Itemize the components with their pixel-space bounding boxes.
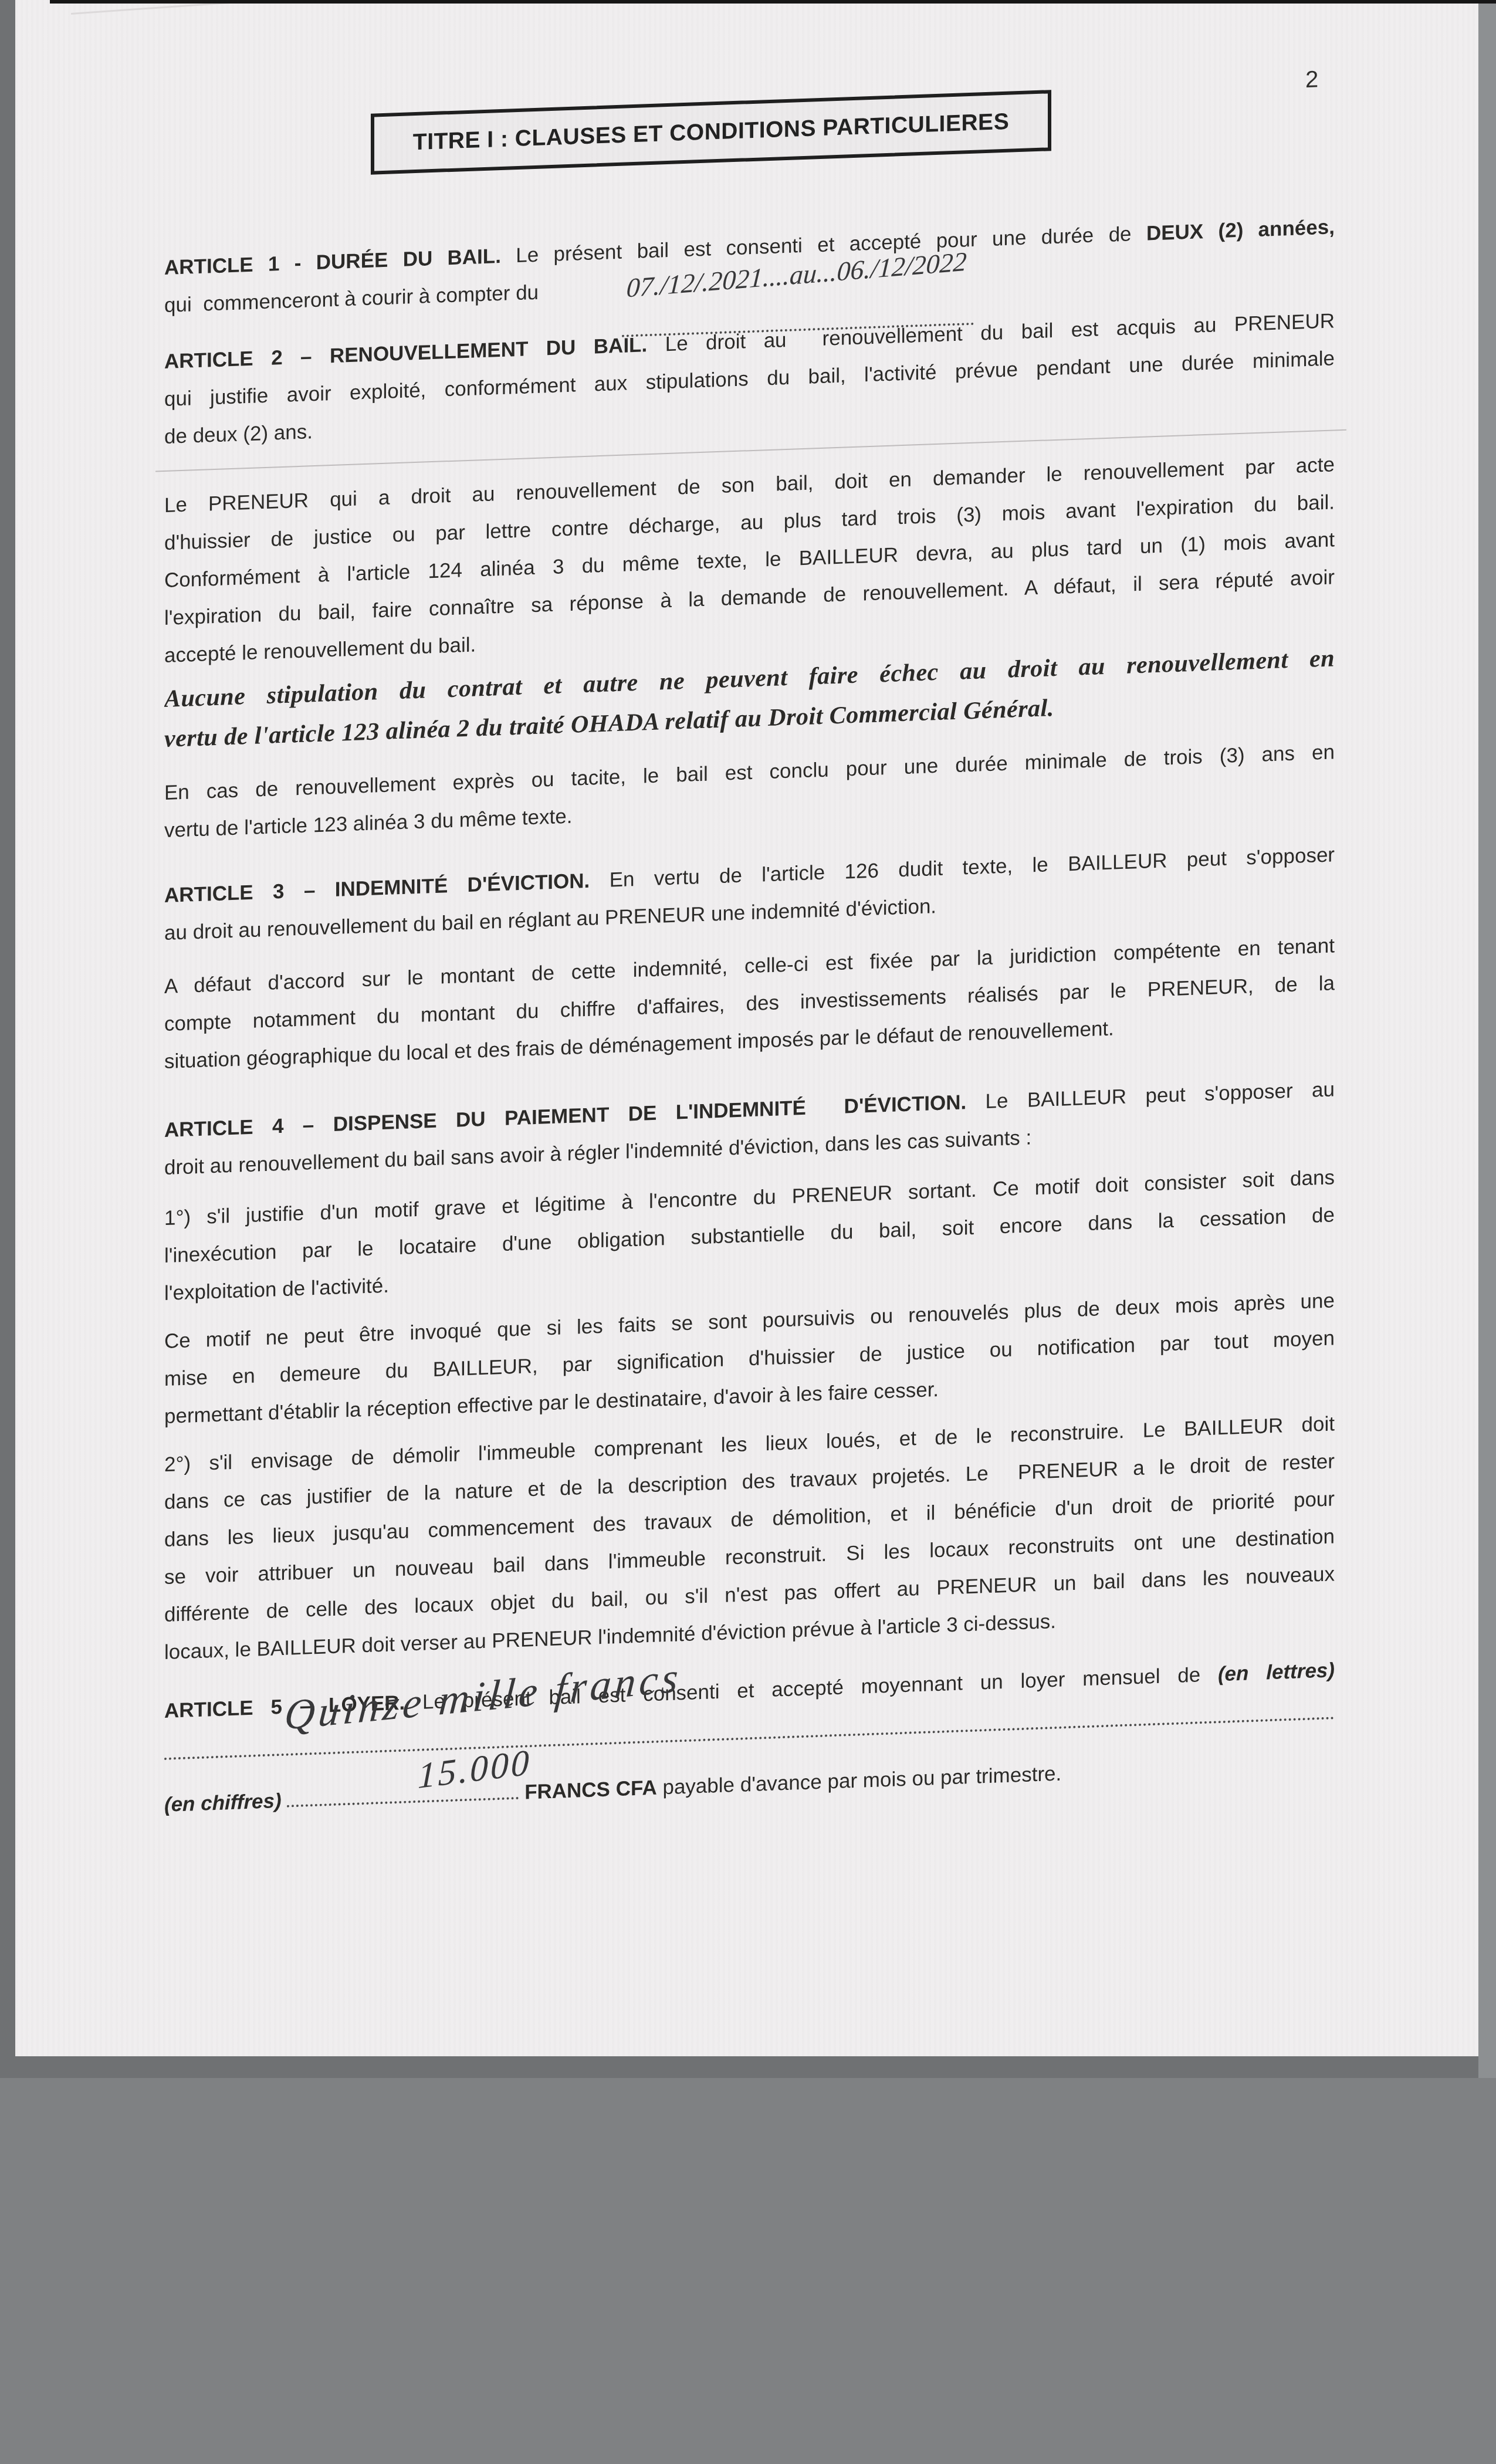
text-segment: vertu de l'article 123 alinéa 3 du même … — [164, 805, 572, 842]
text-segment: ARTICLE 1 - DURÉE DU BAIL. — [164, 245, 501, 279]
amount-digits-line: (en chiffres) FRANCS CFA payable d'avanc… — [164, 1745, 1335, 1824]
scan-top-edge-strip — [50, 0, 1496, 4]
page-number: 2 — [1305, 66, 1318, 93]
text-segment: de deux (2) ans. — [164, 420, 313, 448]
page-content: 2 TITRE I : CLAUSES ET CONDITIONS PARTIC… — [164, 0, 1338, 2024]
text-segment: l'exploitation de l'activité. — [164, 1274, 389, 1305]
text-line: (en chiffres) FRANCS CFA payable d'avanc… — [164, 1745, 1335, 1824]
text-segment: DEUX (2) années, — [1146, 215, 1335, 245]
text-segment: payable d'avance par mois ou par trimest… — [657, 1762, 1062, 1799]
scanner-background: 2 TITRE I : CLAUSES ET CONDITIONS PARTIC… — [0, 0, 1496, 2078]
page-title: TITRE I : CLAUSES ET CONDITIONS PARTICUL… — [413, 109, 1009, 155]
title-box: TITRE I : CLAUSES ET CONDITIONS PARTICUL… — [371, 90, 1051, 175]
paragraph-renouvellement: Le PRENEUR qui a droit au renouvellement… — [164, 446, 1335, 675]
paragraph-indemnite: A défaut d'accord sur le montant de cett… — [164, 927, 1335, 1081]
scanner-edge-strip — [1478, 0, 1496, 2078]
text-segment: (en lettres) — [1218, 1659, 1335, 1685]
text-segment: Le BAILLEUR peut s'opposer au — [966, 1078, 1335, 1113]
text-segment: accepté le renouvellement du bail. — [164, 633, 476, 667]
text-segment: qui commenceront à courir à compter du — [164, 281, 539, 317]
text-segment: ARTICLE 3 – INDEMNITÉ D'ÉVICTION. — [164, 869, 590, 907]
item-2: 2°) s'il envisage de démolir l'immeuble … — [164, 1405, 1335, 1671]
scanned-document-page: 2 TITRE I : CLAUSES ET CONDITIONS PARTIC… — [15, 0, 1478, 2056]
text-segment: (en chiffres) — [164, 1789, 287, 1816]
article-2: ARTICLE 2 – RENOUVELLEMENT DU BAIL. Le d… — [164, 302, 1335, 456]
text-segment: FRANCS CFA — [524, 1776, 657, 1804]
